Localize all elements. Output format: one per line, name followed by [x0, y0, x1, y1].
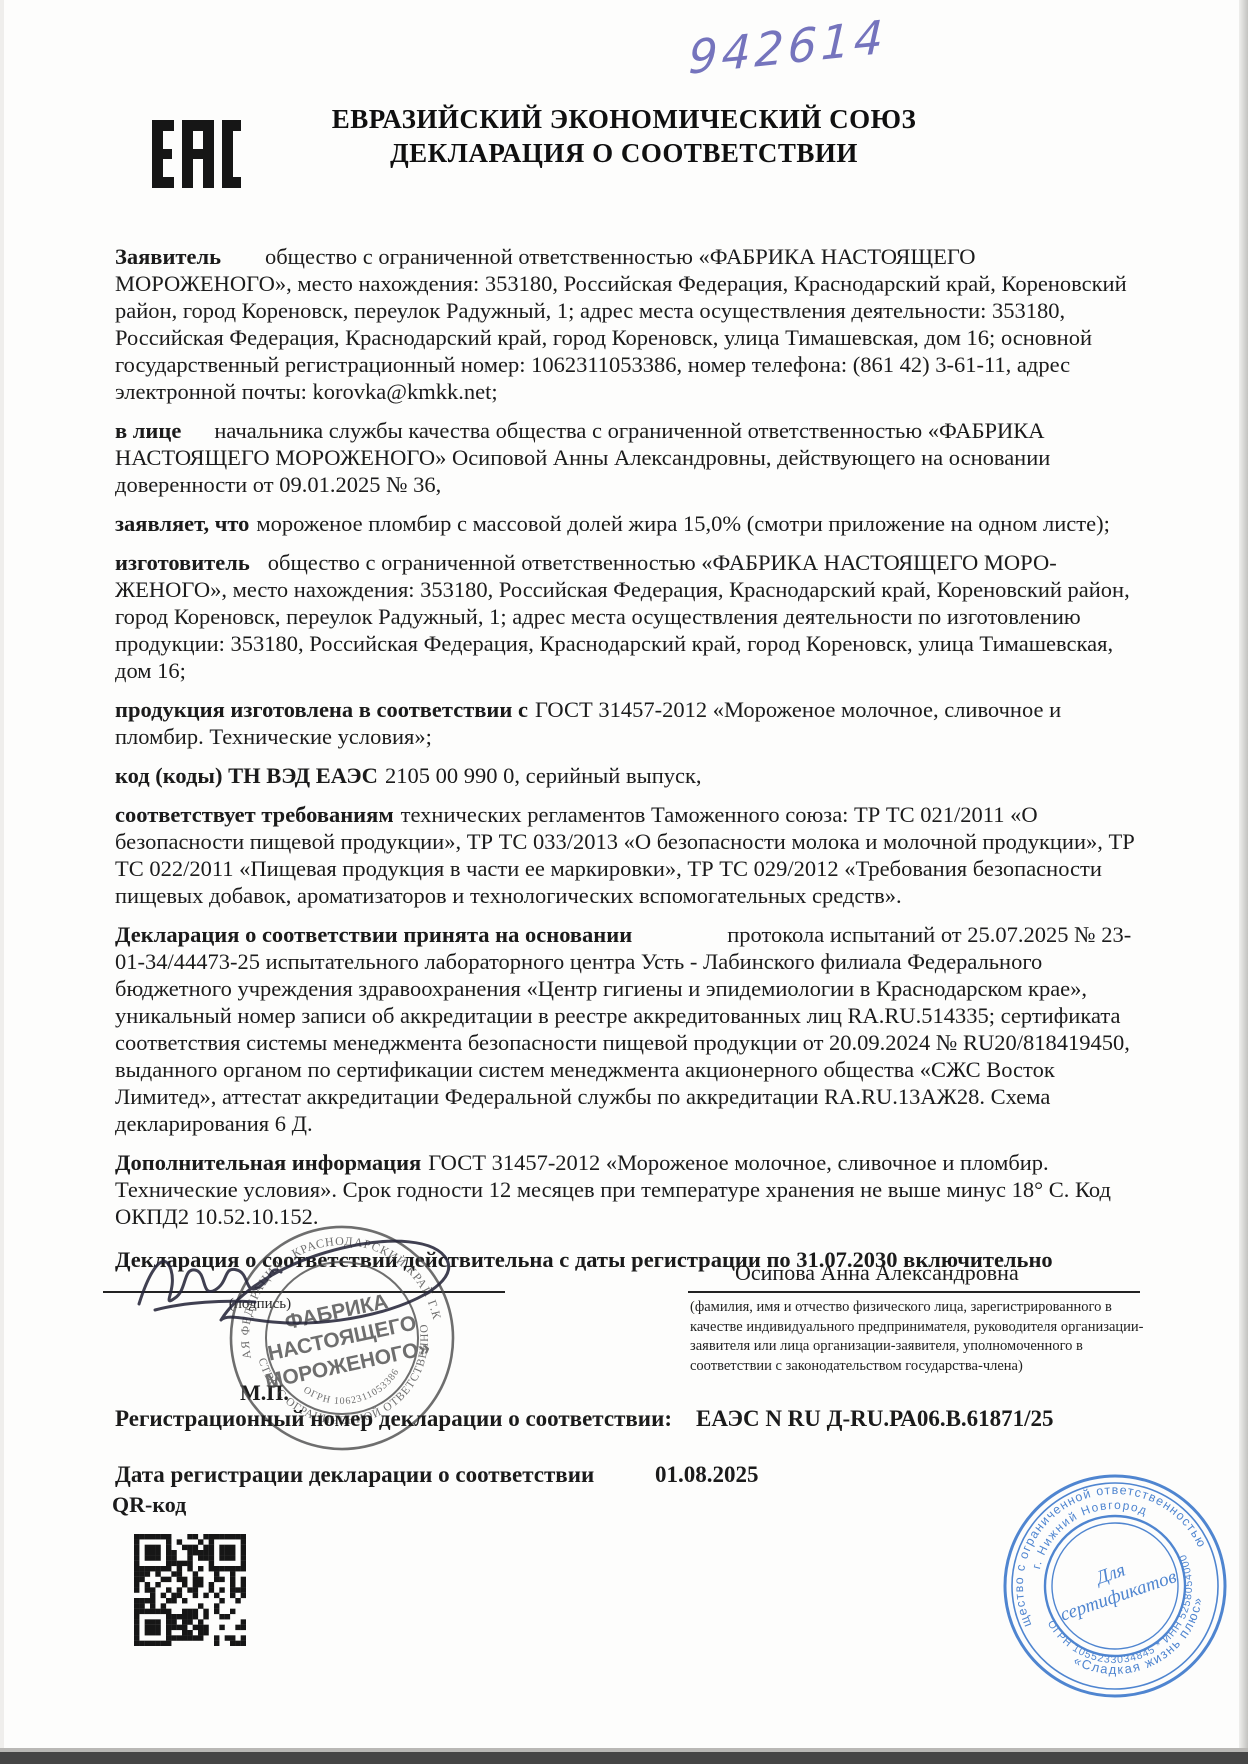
paragraph-label: Декларация о соответствии принята на осн… [115, 922, 632, 947]
registration-number-label: Регистрационный номер декларации о соотв… [115, 1406, 672, 1431]
signer-caption: (фамилия, имя и отчество физического лиц… [690, 1298, 1162, 1376]
registration-date-label: Дата регистрации декларации о соответств… [115, 1462, 655, 1488]
paragraph-tnved-code: код (коды) ТН ВЭД ЕАЭС2105 00 990 0, сер… [115, 762, 1139, 789]
paragraph-manufacturer: изготовительобщество с ограниченной отве… [115, 549, 1139, 684]
paragraph-label: изготовитель [115, 550, 250, 575]
page-edge-right [1239, 0, 1248, 1764]
paragraph-label: продукция изготовлена в соответствии с [115, 697, 528, 722]
paragraph-text: начальника службы качества общества с ог… [115, 418, 1050, 497]
document-body: Заявительобщество с ограниченной ответст… [115, 243, 1139, 1273]
certificates-round-stamp: Общество с ограниченной ответственностью… [995, 1466, 1235, 1706]
declaration-document: 942614 ЕВРАЗИЙСКИЙ ЭКОНОМИЧЕСКИЙ СОЮЗ ДЕ… [0, 0, 1248, 1764]
paragraph-text: мороженое пломбир с массовой долей жира … [256, 511, 1109, 536]
title-line-1: ЕВРАЗИЙСКИЙ ЭКОНОМИЧЕСКИЙ СОЮЗ [120, 102, 1128, 136]
paragraph-applicant: Заявительобщество с ограниченной ответст… [115, 243, 1139, 405]
paragraph-label: заявляет, что [115, 511, 249, 536]
paragraph-represented-by: в лиценачальника службы качества обществ… [115, 417, 1139, 498]
paragraph-text: 2105 00 990 0, серийный выпуск, [385, 763, 702, 788]
title-line-2: ДЕКЛАРАЦИЯ О СООТВЕТСТВИИ [120, 136, 1128, 170]
paragraph-produced-according-to: продукция изготовлена в соответствии сГО… [115, 696, 1139, 750]
qr-code [134, 1534, 246, 1646]
paragraph-label: соответствует требованиям [115, 802, 394, 827]
registration-number-line: Регистрационный номер декларации о соотв… [115, 1406, 1054, 1432]
paragraph-text: общество с ограниченной ответственностью… [115, 244, 1127, 404]
document-title: ЕВРАЗИЙСКИЙ ЭКОНОМИЧЕСКИЙ СОЮЗ ДЕКЛАРАЦИ… [120, 102, 1128, 170]
registration-date-line: Дата регистрации декларации о соответств… [115, 1462, 759, 1488]
handwritten-number: 942614 [688, 9, 888, 84]
signer-name: Осипова Анна Александровна [735, 1260, 1019, 1286]
registration-date-value: 01.08.2025 [655, 1462, 759, 1487]
paragraph-text: протокола испытаний от 25.07.2025 № 23-0… [115, 922, 1131, 1136]
paragraph-adopted-on-basis: Декларация о соответствии принята на осн… [115, 921, 1139, 1137]
page-edge-bottom [0, 1752, 1248, 1764]
registration-number-value: ЕАЭС N RU Д-RU.РА06.В.61871/25 [696, 1406, 1054, 1431]
paragraph-text: общество с ограниченной ответственностью… [115, 550, 1130, 683]
signer-name-underline [688, 1291, 1140, 1293]
paragraph-label: Дополнительная информация [115, 1150, 421, 1175]
paragraph-label: код (коды) ТН ВЭД ЕАЭС [115, 763, 378, 788]
handwritten-signature [125, 1232, 505, 1332]
paragraph-declares: заявляет, чтомороженое пломбир с массово… [115, 510, 1139, 537]
paragraph-complies-with: соответствует требованиямтехнических рег… [115, 801, 1139, 909]
qr-code-label: QR-код [112, 1492, 186, 1518]
paragraph-label: Заявитель [115, 244, 221, 269]
paragraph-label: в лице [115, 418, 181, 443]
page-edge-left [0, 0, 4, 1764]
